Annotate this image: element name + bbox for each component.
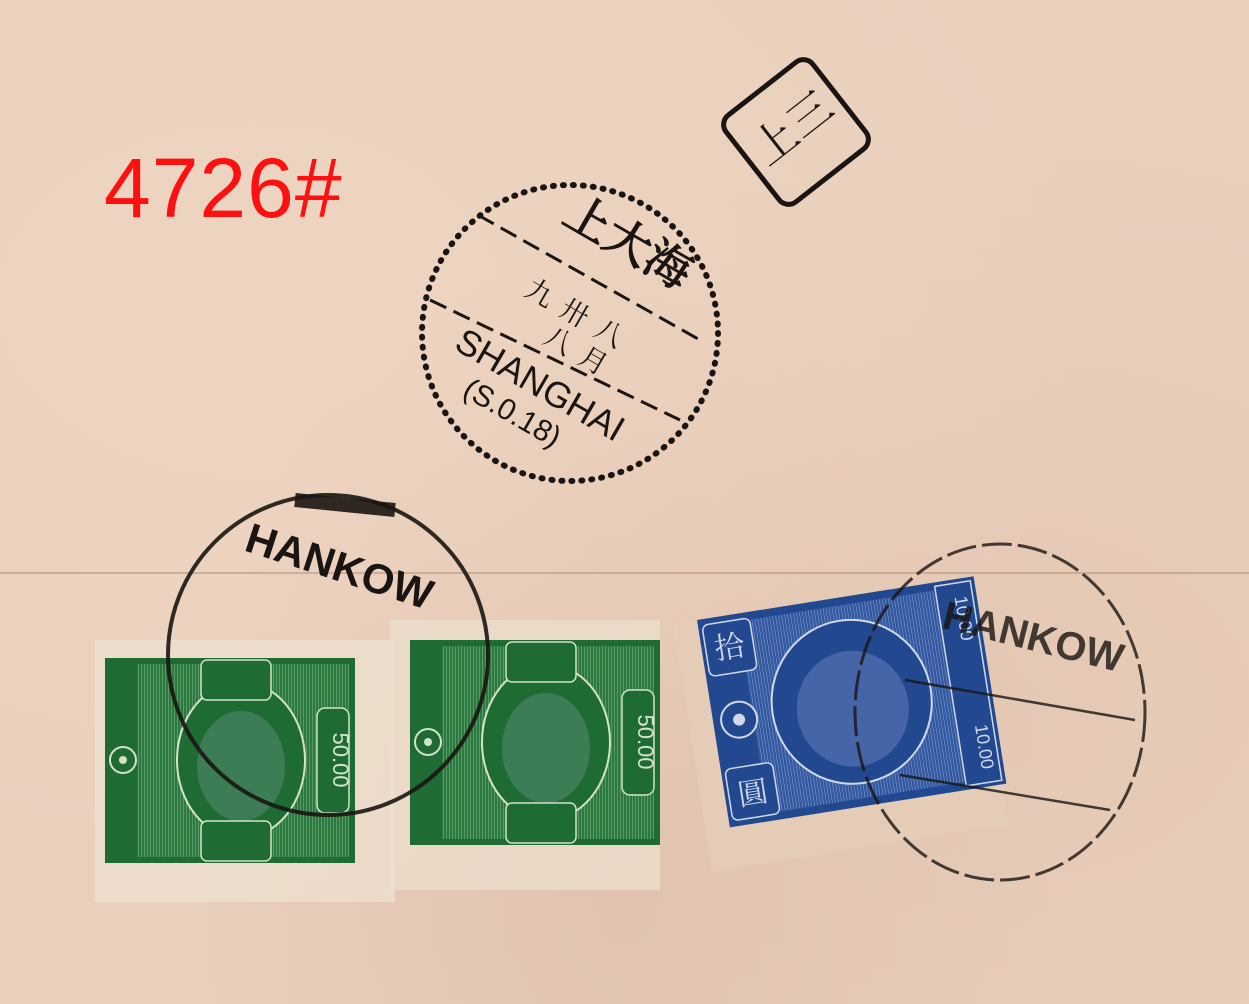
stamp-green-1: 50.00 (105, 658, 355, 863)
postmark-top-chars: 上大海 (555, 184, 702, 300)
cover-artwork: 上 三 上大海 九 卅 八 八 月 SHANGHAI (S.0.18) (0, 0, 1249, 1004)
svg-text:九: 九 (520, 272, 561, 315)
hankow-city-1: HANKOW (240, 514, 439, 619)
svg-text:50.00: 50.00 (328, 732, 353, 787)
shanghai-postmark: 上大海 九 卅 八 八 月 SHANGHAI (S.0.18) (422, 169, 719, 481)
svg-text:50.00: 50.00 (633, 714, 658, 769)
stamp-green-2: 50.00 (410, 640, 660, 845)
svg-text:拾: 拾 (712, 628, 747, 667)
svg-text:圓: 圓 (735, 774, 770, 813)
registration-chop: 上 三 (719, 55, 873, 209)
